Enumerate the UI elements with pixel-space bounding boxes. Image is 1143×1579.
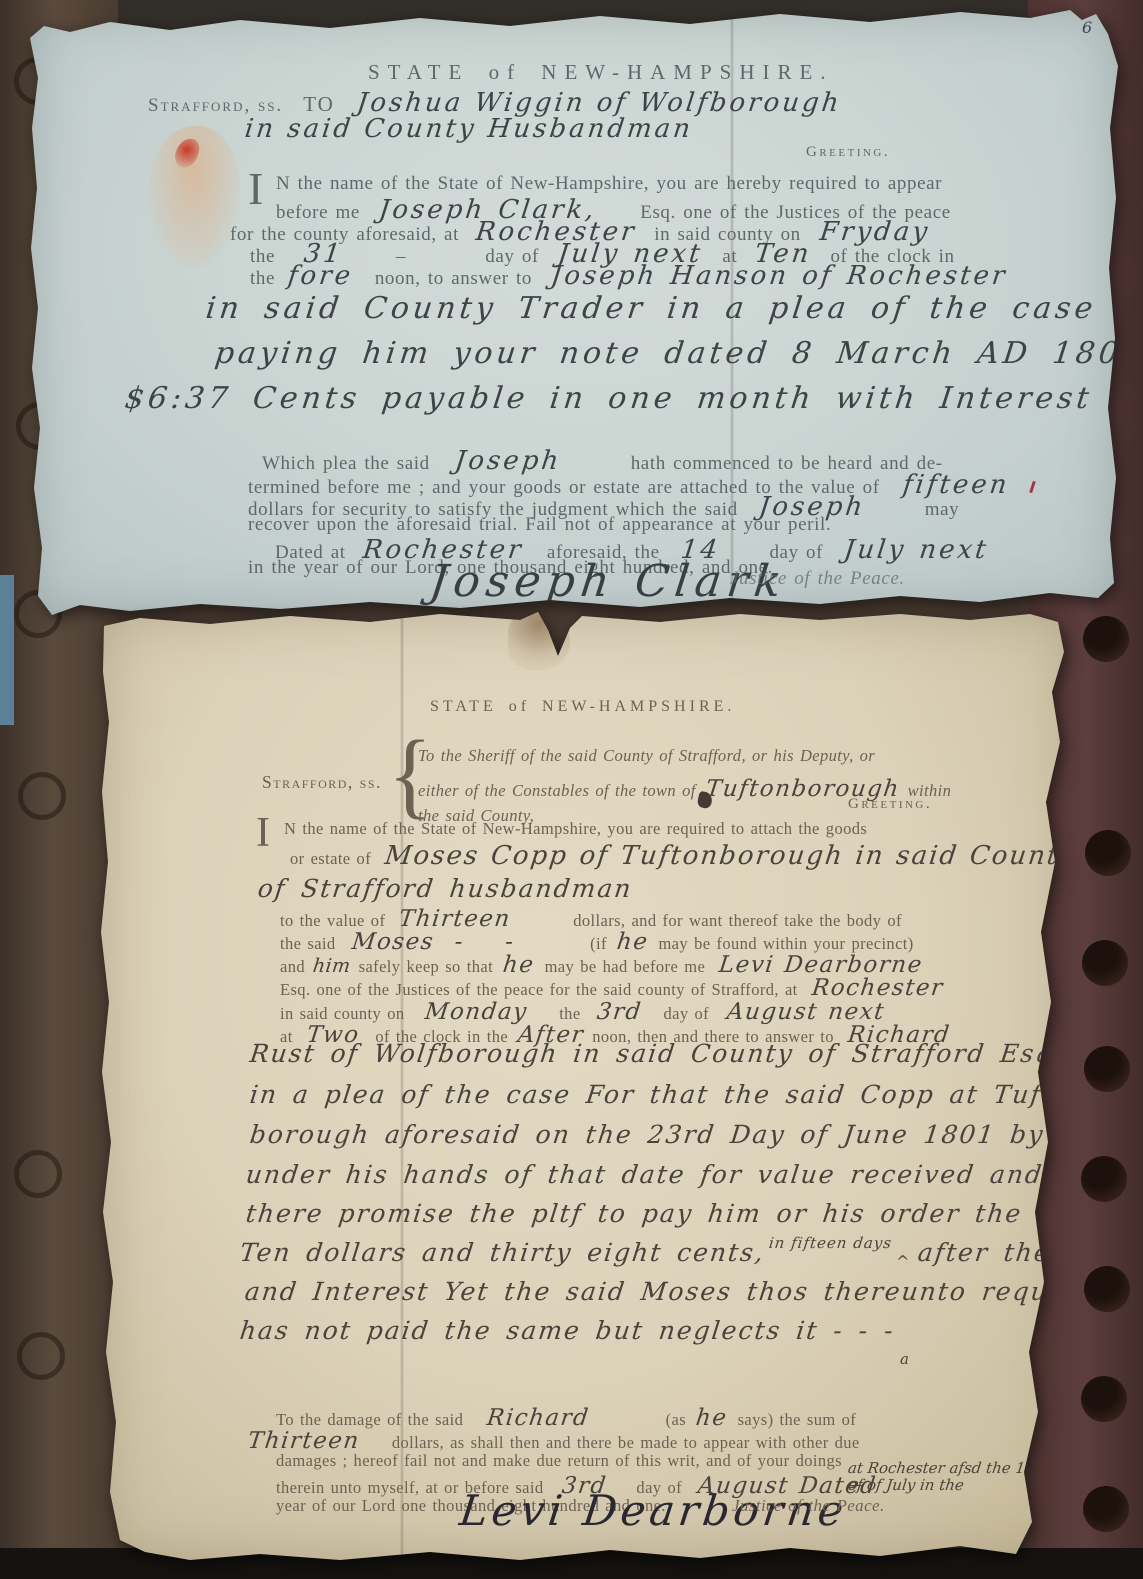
doc2-greeting: Greeting. — [848, 796, 932, 813]
doc2-hw-line5: there promise the pltf to pay him or his… — [246, 1199, 1139, 1228]
doc1-body-line5: the fore noon, to answer to Joseph Hanso… — [250, 261, 1008, 291]
printed-text: the said — [280, 934, 336, 953]
handwritten-line: Ten dollars and thirty eight cents, — [238, 1238, 767, 1267]
handwritten-line: has not paid the same but neglects it - … — [238, 1316, 896, 1345]
handwritten-moses-copp: Moses Copp of Tuftonborough in said Coun… — [383, 841, 1078, 871]
doc1-county: Strafford, ss. — [148, 95, 283, 116]
doc2-corner-mark: a — [900, 1350, 909, 1368]
handwritten-rochester: Rochester — [810, 975, 945, 1001]
printed-text: or estate of — [290, 849, 371, 868]
printed-text: dollars, as shall then and there be made… — [392, 1433, 860, 1452]
tear-stain — [508, 612, 570, 670]
rivet-hole — [1083, 616, 1129, 662]
doc1-hw-line3: $6:37 Cents payable in one month with In… — [125, 381, 1093, 416]
handwritten-july-next: July next — [843, 535, 991, 565]
printed-text: and — [280, 957, 305, 976]
printed-text: To the damage of the said — [276, 1410, 463, 1429]
document-2: STATE of NEW-HAMPSHIRE. Strafford, ss. {… — [100, 612, 1075, 1562]
doc2-hw-line7: and Interest Yet the said Moses thos the… — [245, 1277, 1108, 1306]
rivet-hole — [1081, 1376, 1127, 1422]
printed-text: the — [250, 268, 275, 289]
doc2-hw-line8: has not paid the same but neglects it - … — [240, 1316, 895, 1345]
doc1-signature-title: Justice of the Peace. — [730, 568, 905, 590]
doc2-signature-title: Justice of the Peace. — [732, 1496, 885, 1516]
printed-text: may be had before me — [545, 957, 706, 976]
doc1-title: STATE of NEW-HAMPSHIRE. — [368, 60, 834, 85]
handwritten-line: there promise the pltf to pay him or his… — [244, 1199, 1141, 1228]
red-tick-mark — [1029, 481, 1036, 493]
doc1-hw-line2: paying him your note dated 8 March AD 18… — [215, 336, 1143, 371]
printed-text: may — [925, 499, 960, 520]
doc1-addressee-line2: in said County Husbandman — [245, 114, 693, 144]
photo-of-documents: STATE of NEW-HAMPSHIRE. Strafford, ss. T… — [0, 0, 1143, 1579]
handwritten-fore: fore — [287, 261, 356, 291]
doc2-damage-line3: damages ; hereof fail not and make due r… — [276, 1451, 842, 1471]
printed-text: noon, to answer to — [375, 268, 532, 289]
doc1-to-word: TO — [303, 92, 335, 116]
annotation-line1: at Rochester afsd the 15 day — [847, 1460, 1067, 1477]
handwritten-insertion-in-fifteen-days: in fifteen days — [768, 1234, 893, 1252]
printed-text: the — [559, 1004, 580, 1023]
printed-text: Esq. one of the Justices of the peace fo… — [280, 980, 798, 999]
doc2-title: STATE of NEW-HAMPSHIRE. — [430, 698, 735, 716]
doc2-body-line7: Esq. one of the Justices of the peace fo… — [280, 975, 943, 1001]
doc1-dropcap: I — [248, 166, 263, 212]
printed-text: in said county on — [280, 1004, 405, 1023]
doc2-hw-line4: under his hands of that date for value r… — [246, 1160, 1143, 1189]
rivet-hole — [1084, 1046, 1130, 1092]
doc1-handwritten-addressee2: in said County Husbandman — [243, 114, 695, 144]
rivet-hole — [1082, 940, 1128, 986]
doc2-dropcap: I — [256, 812, 270, 854]
rivet-hole — [1085, 830, 1131, 876]
printed-text: (if — [590, 934, 607, 953]
document-1: STATE of NEW-HAMPSHIRE. Strafford, ss. T… — [30, 8, 1118, 615]
printed-text: dollars, and for want thereof take the b… — [573, 911, 902, 930]
printed-text: to the value of — [280, 911, 385, 930]
doc1-greeting: Greeting. — [806, 144, 890, 161]
doc2-body-line1: N the name of the State of New-Hampshire… — [284, 819, 867, 839]
doc2-hw-line6: Ten dollars and thirty eight cents, in f… — [240, 1238, 1143, 1267]
printed-text: safely keep so that — [359, 957, 493, 976]
document-1-paper: STATE of NEW-HAMPSHIRE. Strafford, ss. T… — [30, 8, 1118, 615]
doc1-plea-line4: recover upon the aforesaid trial. Fail n… — [248, 514, 831, 536]
rivet-hole — [18, 772, 66, 820]
rivet-hole — [1084, 1266, 1130, 1312]
handwritten-line: Rust of Wolfborough in said County of St… — [248, 1039, 1114, 1068]
doc2-county: Strafford, ss. — [262, 772, 382, 793]
doc2-hw-line2: in a plea of the case For that the said … — [250, 1080, 1099, 1109]
handwritten-line: and Interest Yet the said Moses thos the… — [243, 1277, 1109, 1306]
handwritten-joseph-hanson: Joseph Hanson of Rochester — [550, 261, 1010, 291]
printed-text: says) the sum of — [738, 1410, 857, 1429]
rivet-hole — [1081, 1156, 1127, 1202]
handwritten-line: of Strafford husbandman — [256, 874, 634, 903]
doc2-address-line1: To the Sheriff of the said County of Str… — [418, 746, 875, 766]
doc2-hw-line1: Rust of Wolfborough in said County of St… — [250, 1039, 1112, 1068]
rivet-hole — [17, 1332, 65, 1380]
handwritten-line: borough aforesaid on the 23rd Day of Jun… — [248, 1120, 1143, 1149]
printed-text: day of — [663, 1004, 709, 1023]
handwritten-line: paying him your note dated 8 March AD 18… — [213, 336, 1143, 371]
doc1-hw-line1: in said County Trader in a plea of the c… — [206, 291, 1143, 326]
doc2-hw-strafford-husbandman: of Strafford husbandman — [258, 874, 633, 903]
doc1-body-line1: N the name of the State of New-Hampshire… — [276, 173, 942, 195]
rivet-hole — [1083, 1486, 1129, 1532]
blue-edge-sliver — [0, 575, 14, 725]
doc2-body-line2: or estate of Moses Copp of Tuftonborough… — [290, 841, 1076, 871]
doc1-corner-mark: 6 — [1082, 18, 1092, 37]
rivet-hole — [14, 1150, 62, 1198]
handwritten-line: under his hands of that date for value r… — [244, 1160, 1143, 1189]
handwritten-him: him — [312, 955, 352, 977]
doc2-hw-line3: borough aforesaid on the 23rd Day of Jun… — [250, 1120, 1143, 1149]
printed-text: may be found within your precinct) — [658, 934, 913, 953]
printed-text: either of the Constables of the town of — [418, 781, 696, 800]
printed-text: (as — [666, 1410, 686, 1429]
insertion-caret: ^ — [896, 1252, 909, 1271]
handwritten-line: $6:37 Cents payable in one month with In… — [123, 381, 1095, 416]
doc2-margin-annotation: at Rochester afsd the 15 day of of July … — [848, 1460, 1066, 1494]
handwritten-line: in a plea of the case For that the said … — [248, 1080, 1101, 1109]
handwritten-line: in said County Trader in a plea of the c… — [204, 291, 1143, 326]
annotation-line2: of July in the — [866, 1477, 965, 1494]
document-2-paper: STATE of NEW-HAMPSHIRE. Strafford, ss. {… — [100, 612, 1075, 1562]
